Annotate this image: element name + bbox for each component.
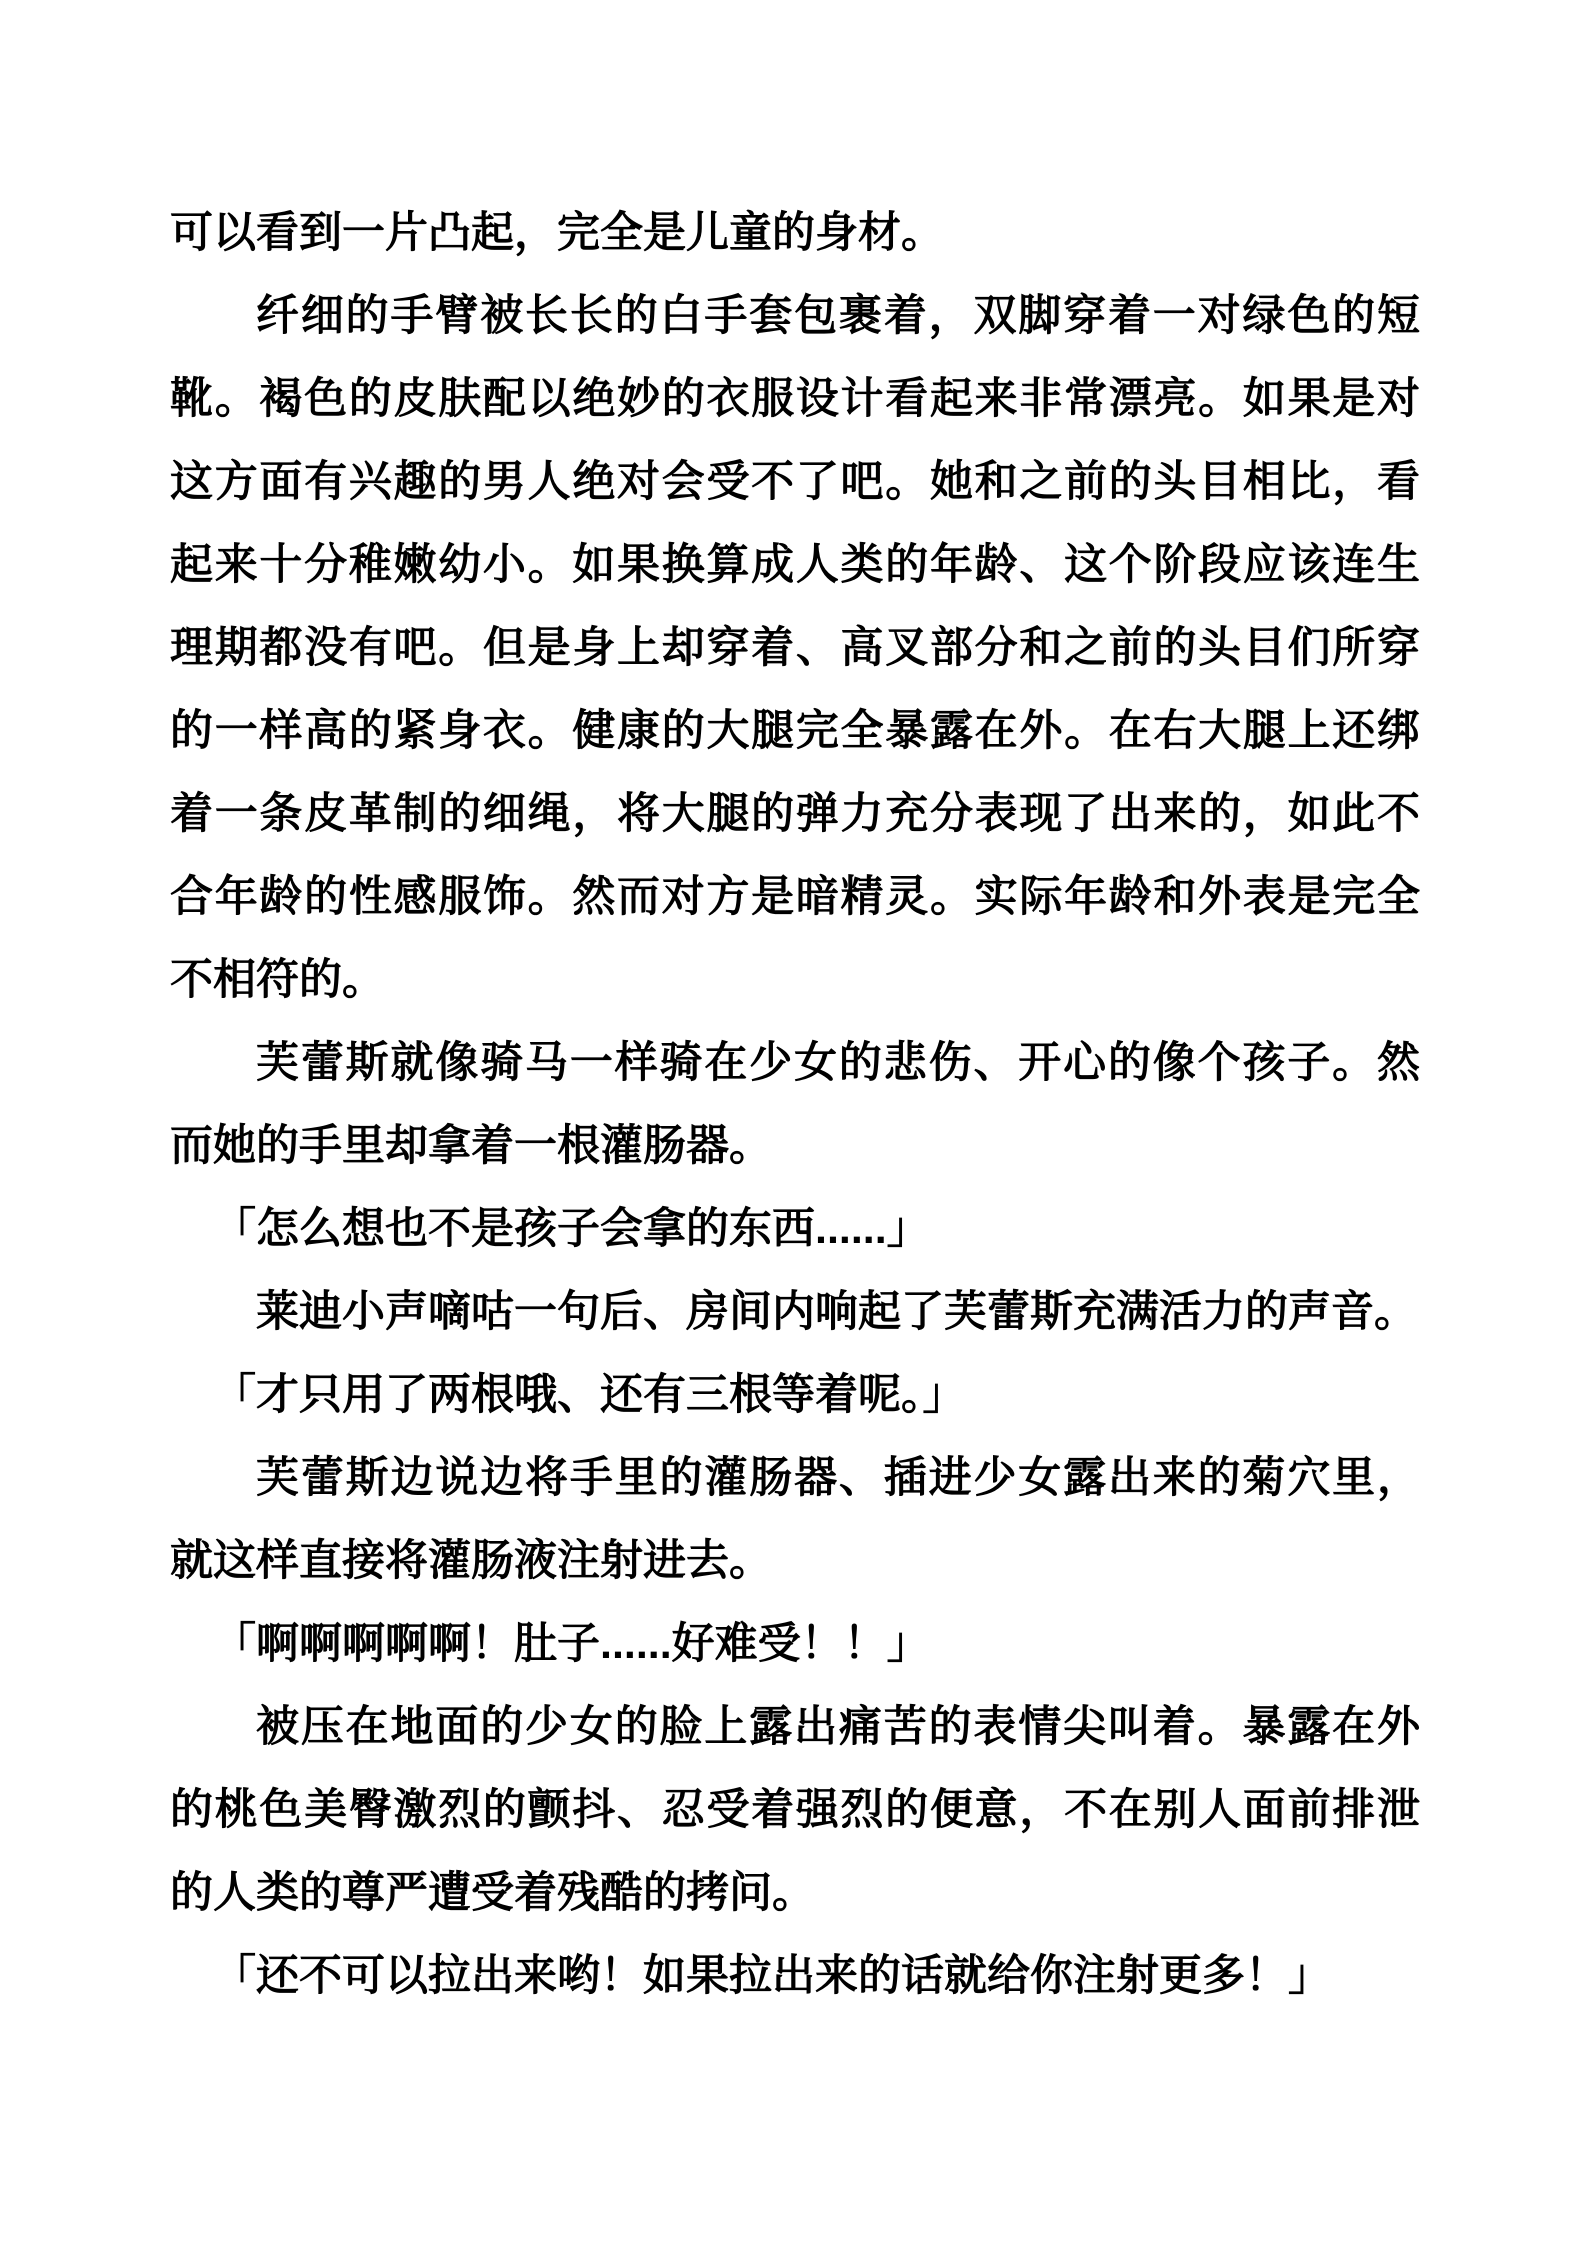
text-line: 不相符的。: [170, 939, 1420, 1022]
text-line: 起来十分稚嫩幼小。如果换算成人类的年龄、这个阶段应该连生: [170, 524, 1420, 607]
text-line: 莱迪小声嘀咕一句后、房间内响起了芙蕾斯充满活力的声音。: [170, 1271, 1420, 1354]
text-line: 纤细的手臂被长长的白手套包裹着，双脚穿着一对绿色的短: [170, 275, 1420, 358]
text-line: 的一样高的紧身衣。健康的大腿完全暴露在外。在右大腿上还绑: [170, 690, 1420, 773]
text-line: 着一条皮革制的细绳，将大腿的弹力充分表现了出来的，如此不: [170, 773, 1420, 856]
text-line: 「还不可以拉出来哟！如果拉出来的话就给你注射更多！」: [170, 1935, 1420, 2018]
text-line: 被压在地面的少女的脸上露出痛苦的表情尖叫着。暴露在外: [170, 1686, 1420, 1769]
text-line: 「才只用了两根哦、还有三根等着呢。」: [170, 1354, 1420, 1437]
text-line: 「怎么想也不是孩子会拿的东西......」: [170, 1188, 1420, 1271]
text-line: 「啊啊啊啊啊！肚子......好难受！！」: [170, 1603, 1420, 1686]
text-column: 可以看到一片凸起，完全是儿童的身材。纤细的手臂被长长的白手套包裹着，双脚穿着一对…: [170, 192, 1420, 2018]
text-line: 就这样直接将灌肠液注射进去。: [170, 1520, 1420, 1603]
text-line: 的桃色美臀激烈的颤抖、忍受着强烈的便意，不在别人面前排泄: [170, 1769, 1420, 1852]
text-line: 芙蕾斯边说边将手里的灌肠器、插进少女露出来的菊穴里，: [170, 1437, 1420, 1520]
text-line: 理期都没有吧。但是身上却穿着、高叉部分和之前的头目们所穿: [170, 607, 1420, 690]
text-line: 芙蕾斯就像骑马一样骑在少女的悲伤、开心的像个孩子。然: [170, 1022, 1420, 1105]
text-line: 而她的手里却拿着一根灌肠器。: [170, 1105, 1420, 1188]
text-line: 的人类的尊严遭受着残酷的拷问。: [170, 1852, 1420, 1935]
text-line: 这方面有兴趣的男人绝对会受不了吧。她和之前的头目相比，看: [170, 441, 1420, 524]
document-page: 可以看到一片凸起，完全是儿童的身材。纤细的手臂被长长的白手套包裹着，双脚穿着一对…: [0, 0, 1587, 2245]
text-line: 靴。褐色的皮肤配以绝妙的衣服设计看起来非常漂亮。如果是对: [170, 358, 1420, 441]
text-line: 合年龄的性感服饰。然而对方是暗精灵。实际年龄和外表是完全: [170, 856, 1420, 939]
text-line: 可以看到一片凸起，完全是儿童的身材。: [170, 192, 1420, 275]
